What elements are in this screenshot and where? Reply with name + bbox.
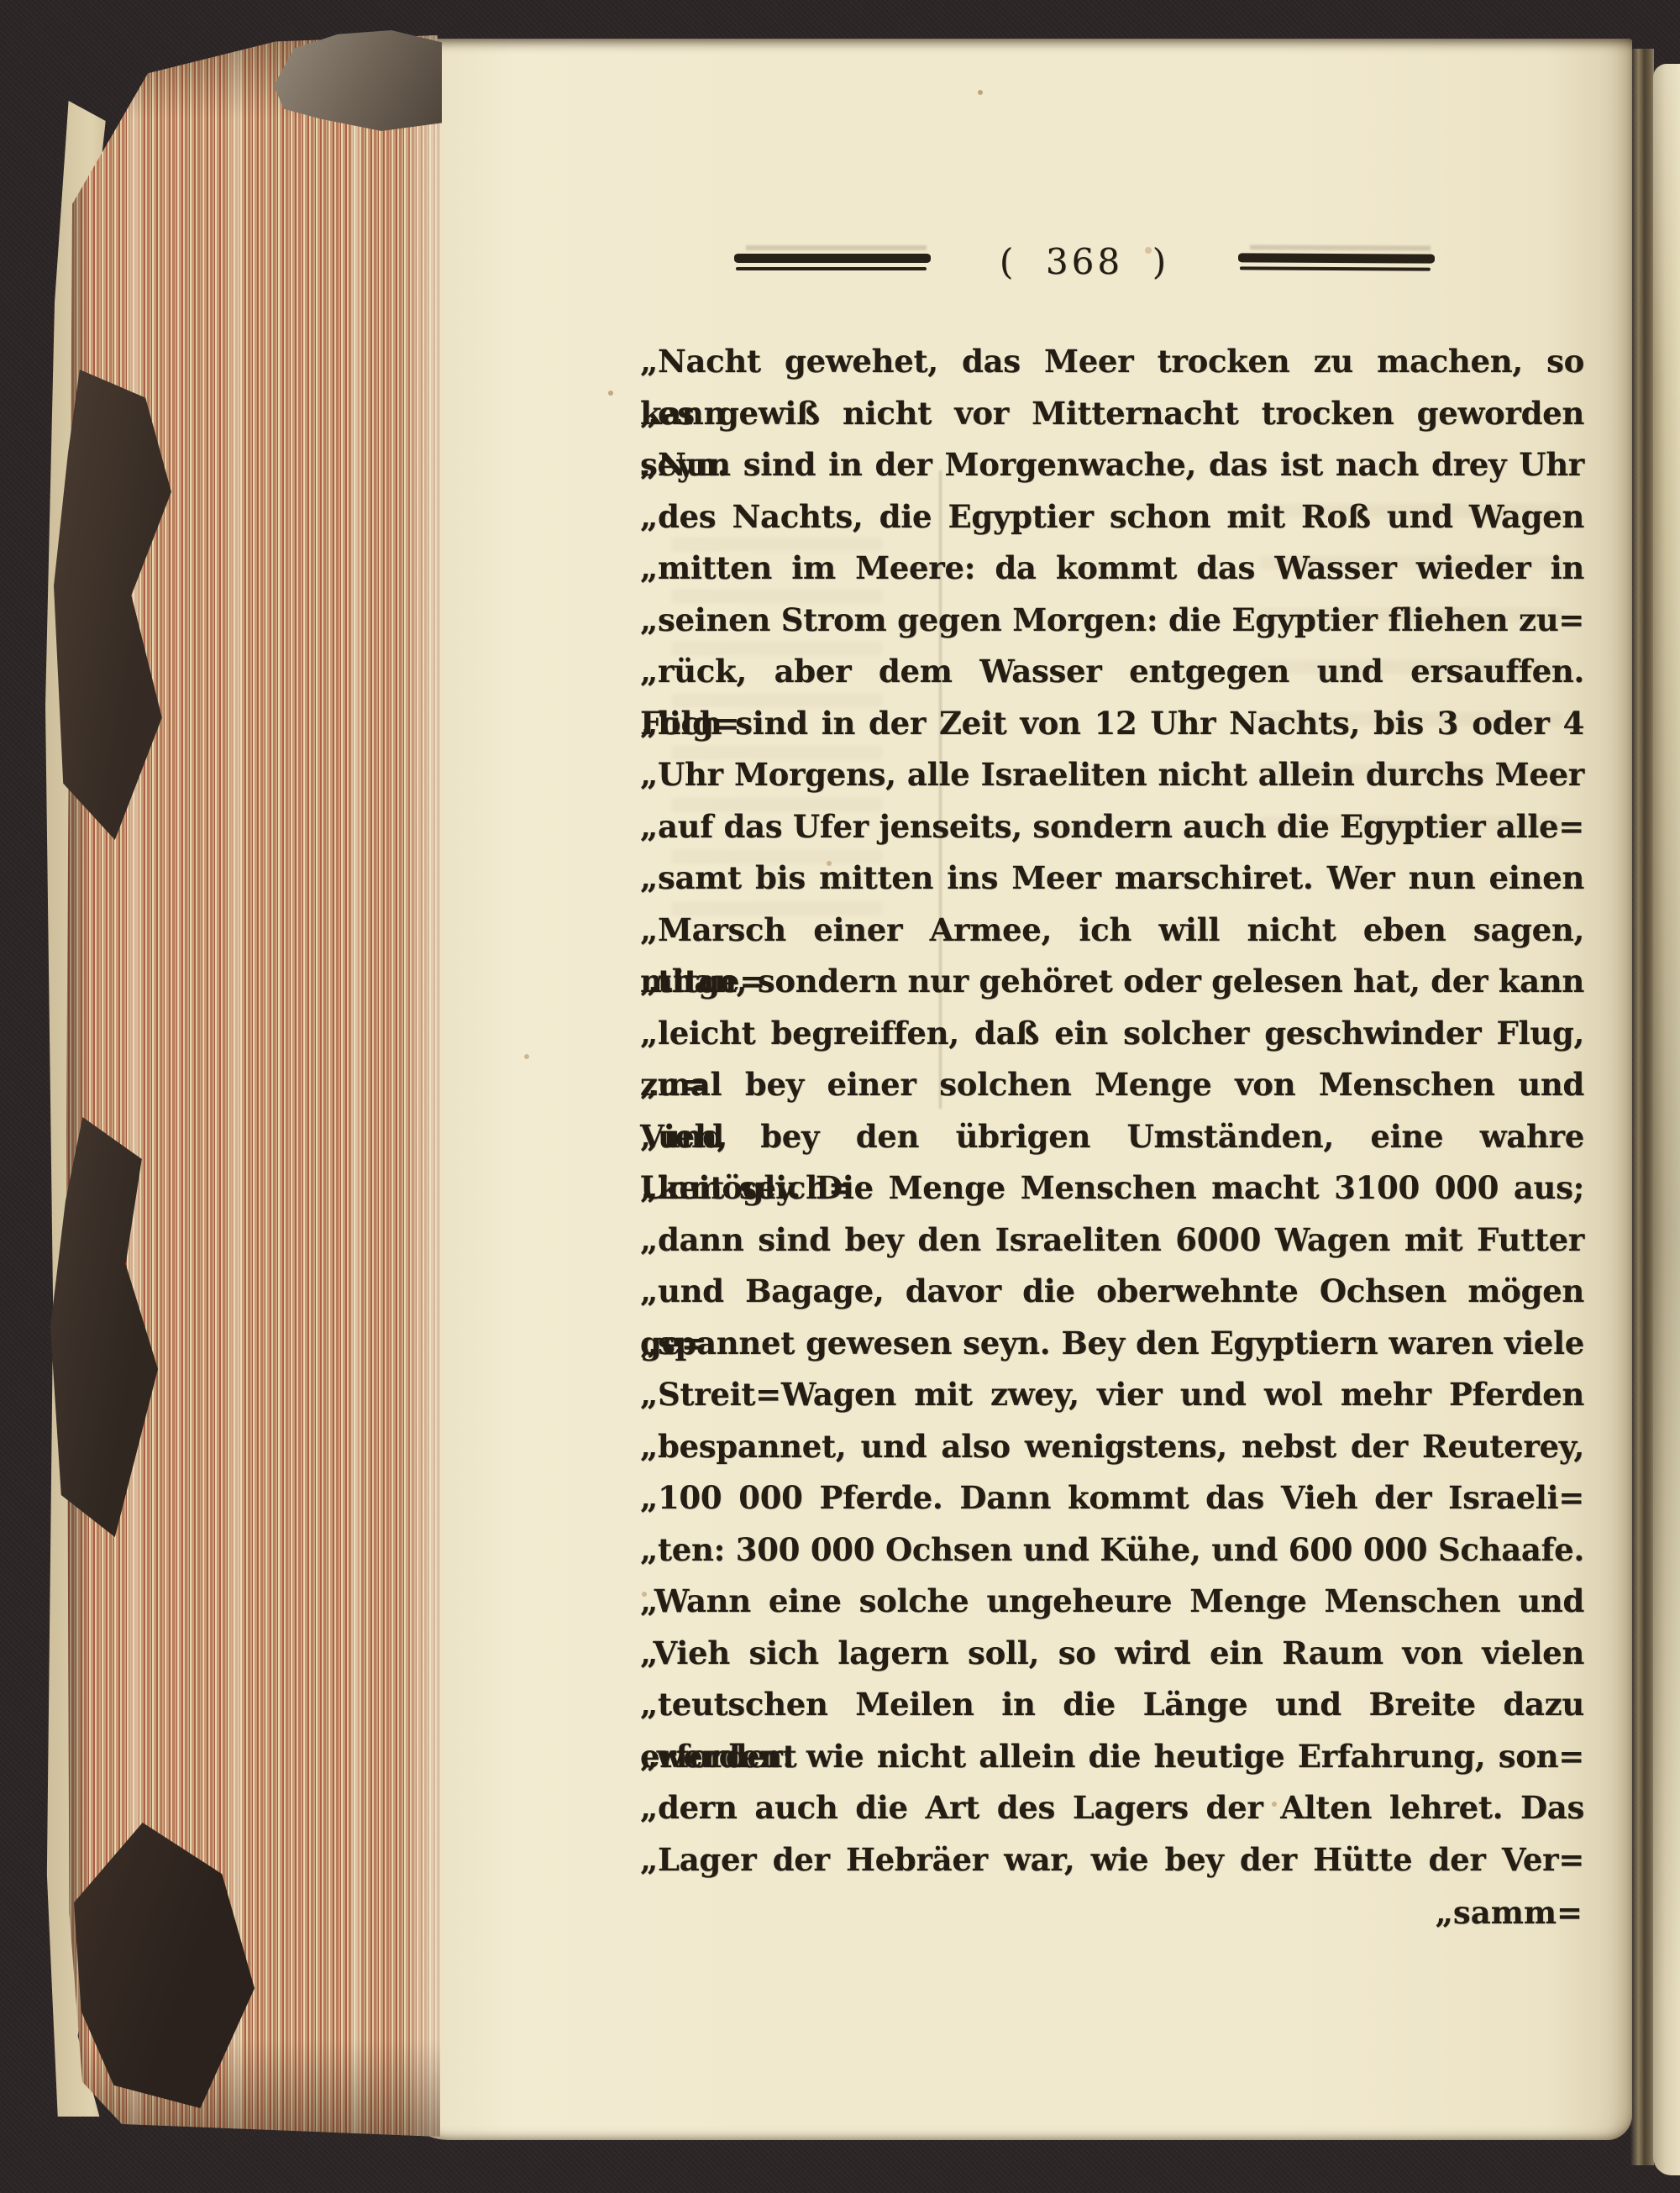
text-line: „keit sey. Die Menge Menschen macht 3100…	[640, 1162, 1584, 1215]
text-line: „und Bagage, davor die oberwehnte Ochsen…	[640, 1266, 1584, 1318]
text-line: „Marsch einer Armee, ich will nicht eben…	[640, 905, 1584, 957]
page-text-column: ( 368 ) „Nacht gewehet, das Meer trocken…	[640, 233, 1584, 1939]
text-line: „Wann eine solche ungeheure Menge Mensch…	[640, 1576, 1584, 1628]
page-gutter-shadow	[1630, 49, 1654, 2165]
text-line: „samt bis mitten ins Meer marschiret. We…	[640, 853, 1584, 905]
page-header: ( 368 )	[640, 233, 1584, 297]
text-line: „des Nachts, die Egyptier schon mit Roß …	[640, 491, 1584, 543]
text-line: „seinen Strom gegen Morgen: die Egyptier…	[640, 595, 1584, 647]
text-line: „Vieh sich lagern soll, so wird ein Raum…	[640, 1628, 1584, 1680]
rule-thin	[1240, 266, 1431, 270]
book-fore-edge-pages	[66, 35, 440, 2145]
text-line: „ten: 300 000 Ochsen und Kühe, und 600 0…	[640, 1524, 1584, 1577]
text-line: „lich sind in der Zeit von 12 Uhr Nachts…	[640, 698, 1584, 750]
text-line: „werden: wie nicht allein die heutige Er…	[640, 1731, 1584, 1783]
text-line: „und bey den übrigen Umständen, eine wah…	[640, 1111, 1584, 1163]
text-line: „dann sind bey den Israeliten 6000 Wagen…	[640, 1215, 1584, 1267]
text-line: „dern auch die Art des Lagers der Alten …	[640, 1782, 1584, 1834]
text-line: „teutschen Meilen in die Länge und Breit…	[640, 1679, 1584, 1731]
text-line: „Lager der Hebräer war, wie bey der Hütt…	[640, 1834, 1584, 1886]
text-line: „bespannet, und also wenigstens, nebst d…	[640, 1421, 1584, 1473]
rule-thick	[734, 254, 931, 263]
text-line: „spannet gewesen seyn. Bey den Egyptiern…	[640, 1318, 1584, 1370]
page-number: ( 368 )	[1000, 240, 1169, 284]
text-line: „Streit=Wagen mit zwey, vier und wol meh…	[640, 1369, 1584, 1421]
text-line: „100 000 Pferde. Dann kommt das Vieh der…	[640, 1472, 1584, 1524]
text-line: „rück, aber dem Wasser entgegen und ersa…	[640, 646, 1584, 698]
text-line: „leicht begreiffen, daß ein solcher gesc…	[640, 1008, 1584, 1060]
text-line: „es gewiß nicht vor Mitternacht trocken …	[640, 388, 1584, 440]
text-line: „Nun sind in der Morgenwache, das ist na…	[640, 439, 1584, 491]
text-line: „than, sondern nur gehöret oder gelesen …	[640, 956, 1584, 1008]
double-rule-ornament-right	[1238, 244, 1435, 270]
adjacent-page-edge	[1653, 64, 1680, 2175]
text-line: „mal bey einer solchen Menge von Mensche…	[640, 1059, 1584, 1111]
text-line: „mitten im Meere: da kommt das Wasser wi…	[640, 543, 1584, 595]
body-text: „Nacht gewehet, das Meer trocken zu mach…	[640, 336, 1584, 1886]
rule-thick	[1238, 253, 1435, 263]
text-line: „Uhr Morgens, alle Israeliten nicht alle…	[640, 749, 1584, 801]
rule-thin	[736, 267, 927, 270]
text-line: „auf das Ufer jenseits, sondern auch die…	[640, 801, 1584, 853]
text-line: „Nacht gewehet, das Meer trocken zu mach…	[640, 336, 1584, 388]
double-rule-ornament-left	[734, 245, 931, 270]
catchword: „samm=	[640, 1887, 1584, 1939]
scanned-book-photo: ( 368 ) „Nacht gewehet, das Meer trocken…	[0, 0, 1680, 2193]
